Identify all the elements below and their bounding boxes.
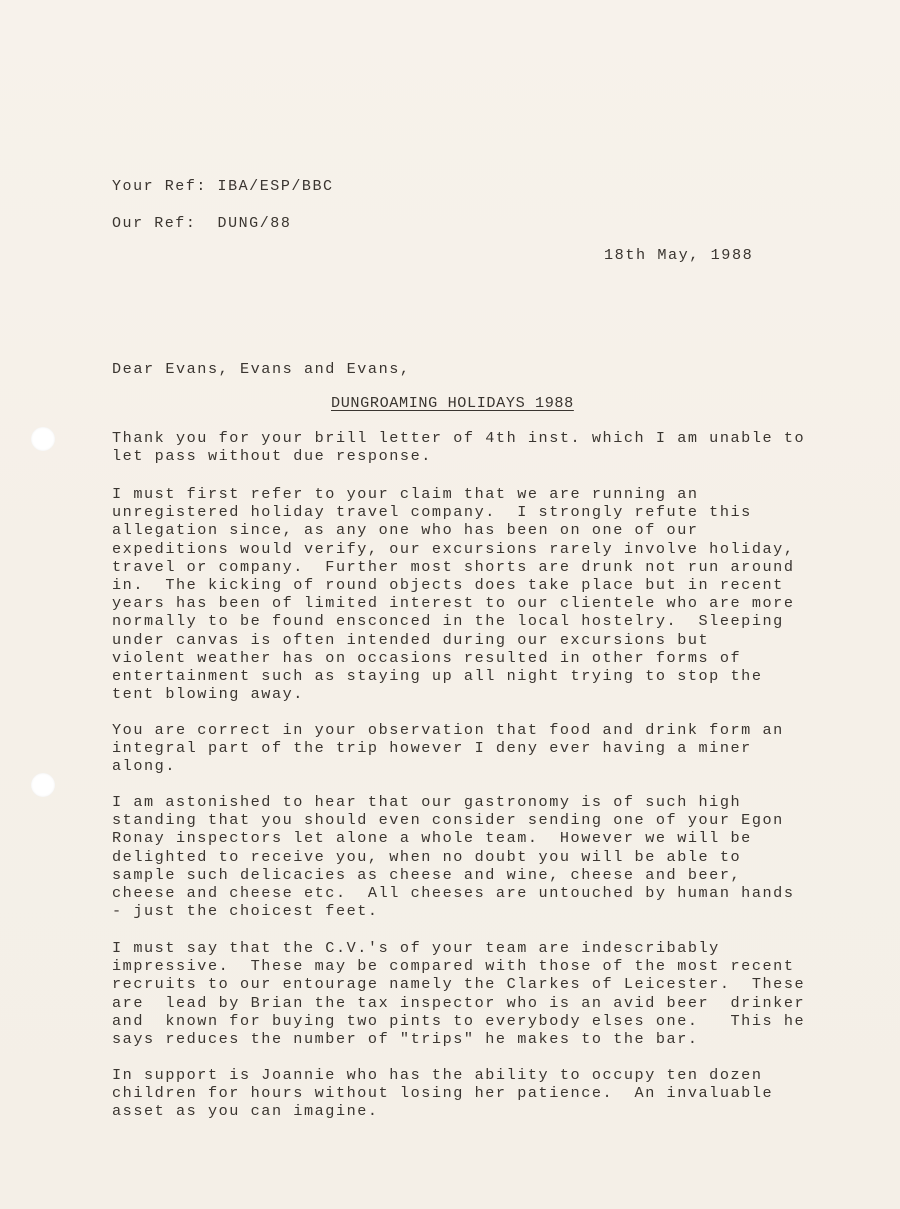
paragraph-line: integral part of the trip however I deny… <box>112 739 784 757</box>
paragraph: I must first refer to your claim that we… <box>112 485 795 703</box>
paragraph: I am astonished to hear that our gastron… <box>112 793 795 920</box>
paragraph-line: I am astonished to hear that our gastron… <box>112 793 795 811</box>
paragraph: In support is Joannie who has the abilit… <box>112 1066 773 1121</box>
paragraph-line: says reduces the number of "trips" he ma… <box>112 1030 805 1048</box>
punch-hole <box>31 773 55 797</box>
paragraph-line: normally to be found ensconced in the lo… <box>112 612 795 630</box>
paragraph: Thank you for your brill letter of 4th i… <box>112 429 805 465</box>
paragraph-line: sample such delicacies as cheese and win… <box>112 866 795 884</box>
paragraph-line: - just the choicest feet. <box>112 902 795 920</box>
paragraph-line: under canvas is often intended during ou… <box>112 631 795 649</box>
paragraph-line: cheese and cheese etc. All cheeses are u… <box>112 884 795 902</box>
paragraph-line: let pass without due response. <box>112 447 805 465</box>
paragraph-line: I must first refer to your claim that we… <box>112 485 795 503</box>
paragraph: I must say that the C.V.'s of your team … <box>112 939 805 1048</box>
paragraph-line: and known for buying two pints to everyb… <box>112 1012 805 1030</box>
paragraph-line: in. The kicking of round objects does ta… <box>112 576 795 594</box>
paragraph-line: standing that you should even consider s… <box>112 811 795 829</box>
paragraph-line: Thank you for your brill letter of 4th i… <box>112 429 805 447</box>
paragraph-line: unregistered holiday travel company. I s… <box>112 503 795 521</box>
paragraph-line: are lead by Brian the tax inspector who … <box>112 994 805 1012</box>
paragraph-line: I must say that the C.V.'s of your team … <box>112 939 805 957</box>
paragraph-line: violent weather has on occasions resulte… <box>112 649 795 667</box>
paragraph-line: impressive. These may be compared with t… <box>112 957 805 975</box>
paragraph-line: In support is Joannie who has the abilit… <box>112 1066 773 1084</box>
paragraph-line: Ronay inspectors let alone a whole team.… <box>112 829 795 847</box>
paragraph-line: children for hours without losing her pa… <box>112 1084 773 1102</box>
paragraph-line: tent blowing away. <box>112 685 795 703</box>
paragraph-line: entertainment such as staying up all nig… <box>112 667 795 685</box>
letter-date: 18th May, 1988 <box>604 246 753 264</box>
paragraph-line: You are correct in your observation that… <box>112 721 784 739</box>
your-reference: Your Ref: IBA/ESP/BBC <box>112 178 334 196</box>
subject-heading: DUNGROAMING HOLIDAYS 1988 <box>331 394 574 412</box>
paragraph: You are correct in your observation that… <box>112 721 784 776</box>
paragraph-line: allegation since, as any one who has bee… <box>112 521 795 539</box>
paragraph-line: travel or company. Further most shorts a… <box>112 558 795 576</box>
paragraph-line: asset as you can imagine. <box>112 1102 773 1120</box>
our-reference: Our Ref: DUNG/88 <box>112 215 291 233</box>
paragraph-line: along. <box>112 757 784 775</box>
paragraph-line: expeditions would verify, our excursions… <box>112 540 795 558</box>
paragraph-line: delighted to receive you, when no doubt … <box>112 848 795 866</box>
salutation: Dear Evans, Evans and Evans, <box>112 360 411 378</box>
punch-hole <box>31 427 55 451</box>
paragraph-line: years has been of limited interest to ou… <box>112 594 795 612</box>
paragraph-line: recruits to our entourage namely the Cla… <box>112 975 805 993</box>
